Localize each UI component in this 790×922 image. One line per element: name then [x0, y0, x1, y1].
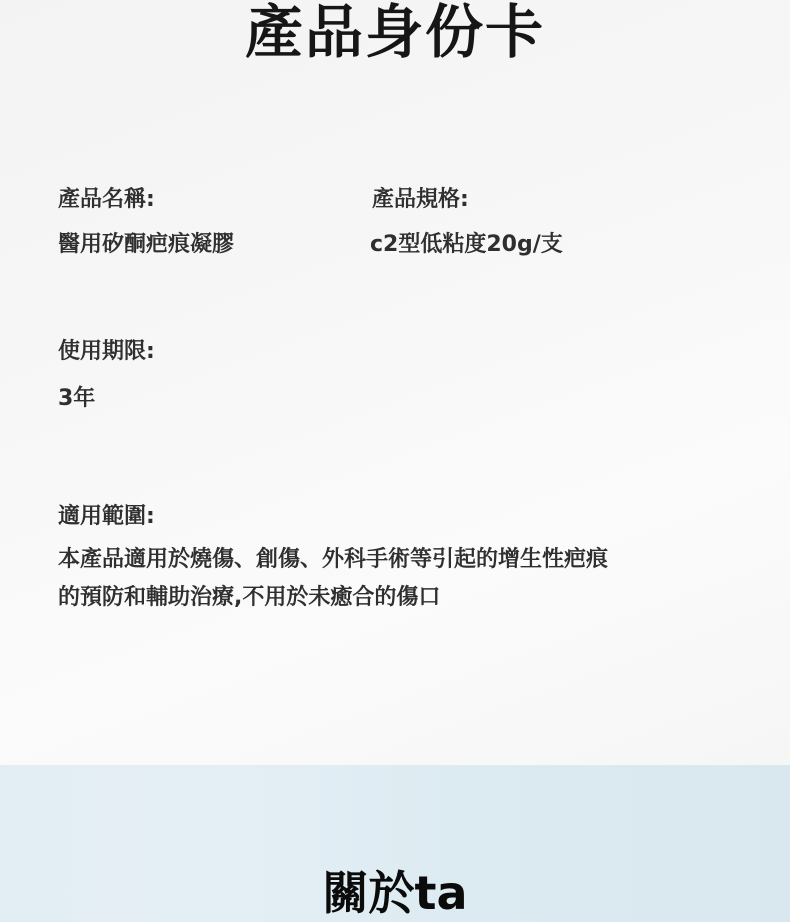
product-spec-value: c2型低粘度20g/支	[370, 230, 563, 260]
about-title: 關於ta	[0, 865, 790, 921]
page-title: 產品身份卡	[0, 0, 790, 64]
product-spec-label: 產品規格:	[372, 185, 469, 215]
scope-label: 適用範圍:	[58, 502, 155, 532]
scope-value-line2: 的預防和輔助治療,不用於未癒合的傷口	[58, 583, 440, 613]
product-name-label: 產品名稱:	[58, 185, 155, 215]
shelf-life-value: 3年	[58, 384, 95, 414]
about-section: 關於ta	[0, 765, 790, 922]
shelf-life-label: 使用期限:	[58, 337, 155, 367]
product-id-card: 產品身份卡 產品名稱: 醫用矽酮疤痕凝膠 產品規格: c2型低粘度20g/支 使…	[0, 0, 790, 765]
scope-value-line1: 本產品適用於燒傷、創傷、外科手術等引起的增生性疤痕	[58, 545, 608, 575]
product-name-value: 醫用矽酮疤痕凝膠	[58, 230, 234, 260]
